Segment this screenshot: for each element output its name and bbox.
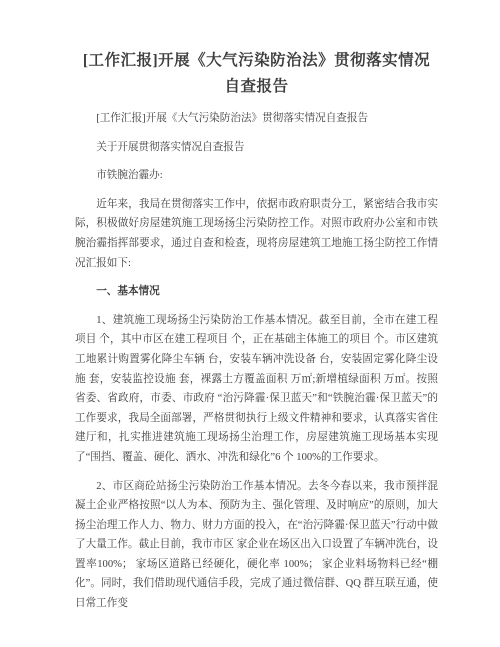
report-subtitle: [工作汇报]开展《大气污染防治法》贯彻落实情况自查报告 [75, 109, 438, 129]
paragraph-construction-dust: 1、建筑施工现场扬尘污染防治工作基本情况。截至目前，全市在建工程项目 个，其中市… [75, 311, 438, 468]
document-page: [工作汇报]开展《大气污染防治法》贯彻落实情况 自查报告 [工作汇报]开展《大气… [0, 0, 500, 647]
report-title-line-1: [工作汇报]开展《大气污染防治法》贯彻落实情况 [75, 48, 438, 74]
salutation-line: 市铁腕治霾办: [75, 166, 438, 186]
report-title: [工作汇报]开展《大气污染防治法》贯彻落实情况 自查报告 [75, 48, 438, 100]
inner-title: 关于开展贯彻落实情况自查报告 [75, 138, 438, 158]
paragraph-concrete-station-dust: 2、市区商砼站扬尘污染防治工作基本情况。去冬今春以来，我市预拌混凝土企业严格按照… [75, 477, 438, 614]
report-title-line-2: 自查报告 [75, 74, 438, 100]
section-1-heading: 一、基本情况 [75, 282, 438, 302]
intro-paragraph: 近年来，我局在贯彻落实工作中，依据市政府职责分工，紧密结合我市实际，积极做好房屋… [75, 195, 438, 273]
report-document: [工作汇报]开展《大气污染防治法》贯彻落实情况 自查报告 [工作汇报]开展《大气… [75, 48, 438, 623]
